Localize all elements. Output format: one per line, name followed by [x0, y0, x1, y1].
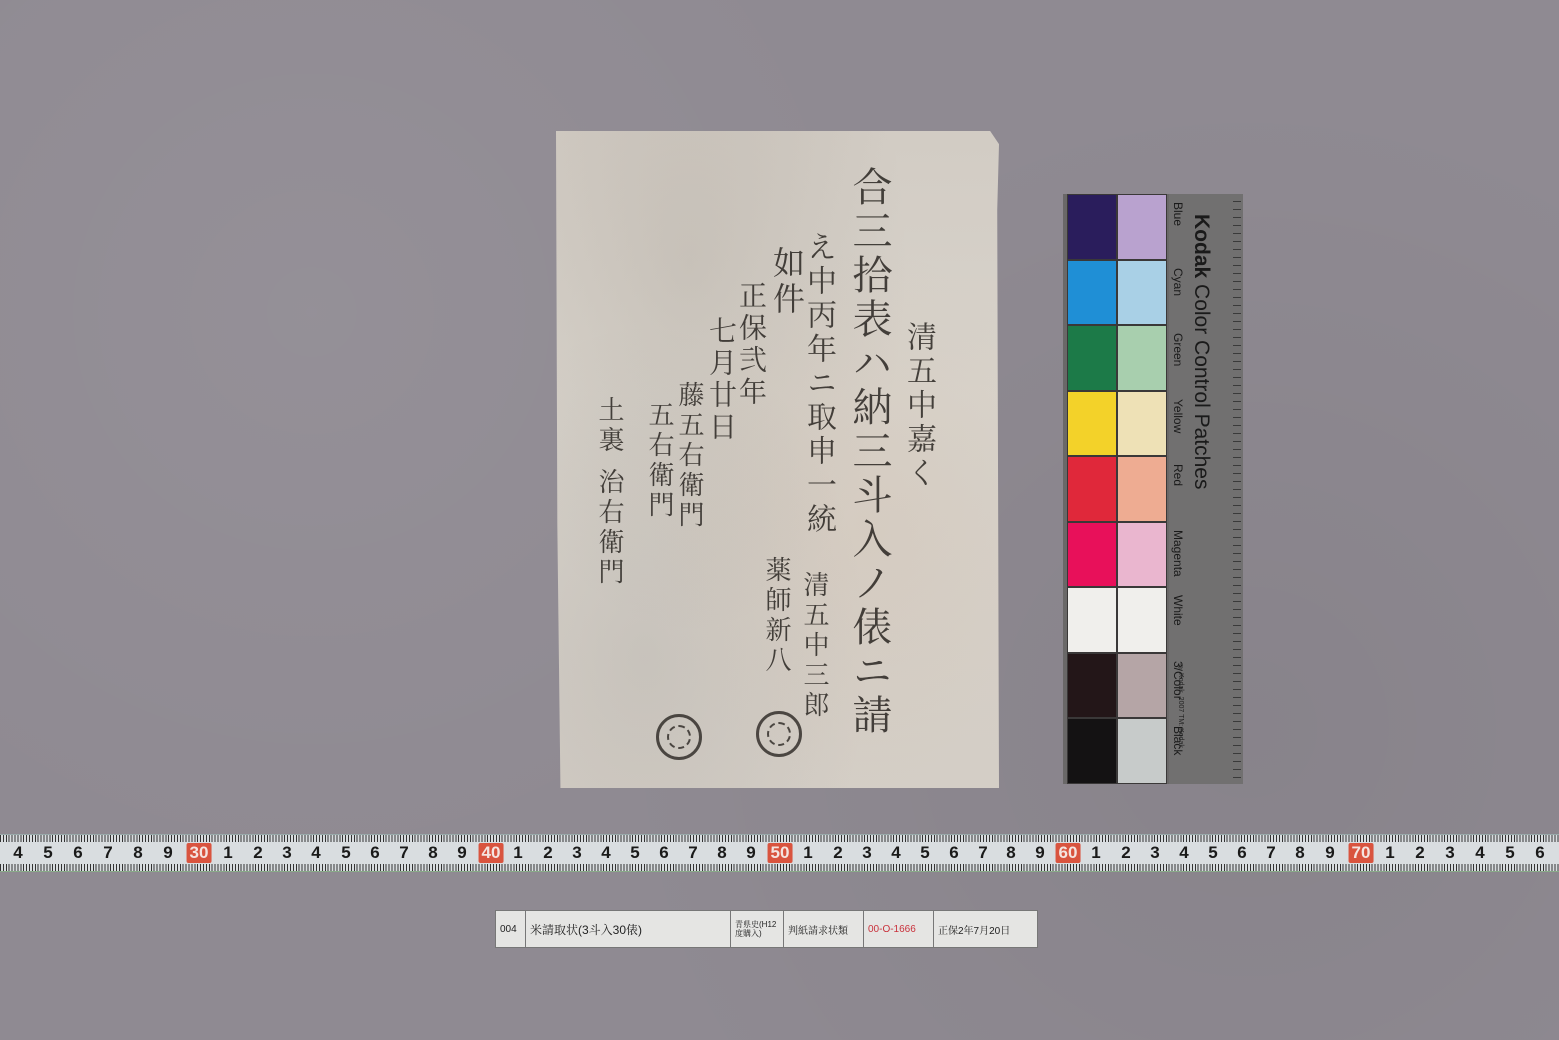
- catalog-date: 正保2年7月20日: [934, 911, 1037, 947]
- tape-tick-label: 8: [1295, 843, 1304, 863]
- patch-row-3-color: [1067, 653, 1167, 719]
- tape-tick-label: 6: [1535, 843, 1544, 863]
- color-patch-light: [1117, 325, 1167, 391]
- tape-tick-label: 5: [43, 843, 52, 863]
- color-patch-light: [1117, 456, 1167, 522]
- color-patch-dark: [1067, 522, 1117, 588]
- tape-tick-label: 4: [601, 843, 610, 863]
- tape-tick-label: 1: [1091, 843, 1100, 863]
- handwritten-column: 清五中三郎: [796, 571, 833, 721]
- color-patch-dark: [1067, 194, 1117, 260]
- kodak-color-card: BlueCyanGreenYellowRedMagentaWhite3/Colo…: [1063, 194, 1243, 784]
- handwritten-column: 薬師新八: [758, 556, 795, 676]
- tape-tick-label: 8: [428, 843, 437, 863]
- tape-tick-label: 9: [163, 843, 172, 863]
- patch-label: Green: [1171, 333, 1185, 366]
- color-patch-light: [1117, 391, 1167, 457]
- tape-tick-label: 6: [659, 843, 668, 863]
- tape-tick-label: 40: [479, 843, 504, 863]
- patch-label: Yellow: [1171, 399, 1185, 433]
- tape-tick-label: 8: [1006, 843, 1015, 863]
- tape-tick-label: 60: [1056, 843, 1081, 863]
- tape-tick-label: 4: [1475, 843, 1484, 863]
- color-patch-dark: [1067, 456, 1117, 522]
- tape-tick-label: 7: [978, 843, 987, 863]
- handwritten-column: 五右衛門: [641, 401, 678, 521]
- patch-row-green: [1067, 325, 1167, 391]
- color-patch-light: [1117, 194, 1167, 260]
- tape-tick-label: 2: [833, 843, 842, 863]
- catalog-label: 004 米請取状(3斗入30俵) 青県史(H12度購入) 判紙請求状類 00-O…: [495, 910, 1038, 948]
- tape-tick-label: 6: [949, 843, 958, 863]
- patch-label: Cyan: [1171, 268, 1185, 296]
- card-scale: BlueCyanGreenYellowRedMagentaWhite3/Colo…: [1169, 194, 1243, 784]
- tape-tick-label: 5: [920, 843, 929, 863]
- color-patch-dark: [1067, 325, 1117, 391]
- kodak-copyright: © Kodak, 2007 TM: Kodak: [1177, 664, 1184, 748]
- catalog-number: 004: [496, 911, 526, 947]
- color-patch-light: [1117, 260, 1167, 326]
- patch-row-yellow: [1067, 391, 1167, 457]
- catalog-source: 青県史(H12度購入): [731, 911, 784, 947]
- tape-tick-label: 2: [253, 843, 262, 863]
- color-patches: [1067, 194, 1167, 784]
- tape-tick-label: 3: [862, 843, 871, 863]
- tape-measure: 4567893012345678940123456789501234567896…: [0, 834, 1559, 872]
- tape-tick-label: 7: [1266, 843, 1275, 863]
- tape-tick-label: 6: [73, 843, 82, 863]
- tape-tick-label: 7: [399, 843, 408, 863]
- tape-tick-label: 9: [1325, 843, 1334, 863]
- kodak-subtitle: Color Control Patches: [1190, 284, 1213, 489]
- color-patch-dark: [1067, 391, 1117, 457]
- tape-tick-label: 3: [1150, 843, 1159, 863]
- tape-tick-label: 30: [187, 843, 212, 863]
- tape-tick-label: 6: [370, 843, 379, 863]
- color-patch-dark: [1067, 587, 1117, 653]
- handwritten-column: 合三拾表ハ納三斗入ノ俵ニ請: [841, 166, 898, 738]
- tape-tick-label: 4: [311, 843, 320, 863]
- patch-label: Red: [1171, 464, 1185, 486]
- tape-tick-label: 1: [803, 843, 812, 863]
- tape-tick-label: 1: [223, 843, 232, 863]
- tape-tick-label: 1: [513, 843, 522, 863]
- color-patch-light: [1117, 587, 1167, 653]
- tape-tick-label: 3: [1445, 843, 1454, 863]
- tape-tick-label: 7: [688, 843, 697, 863]
- tape-tick-label: 5: [1505, 843, 1514, 863]
- cm-scale: [1219, 194, 1241, 784]
- patch-row-blue: [1067, 194, 1167, 260]
- color-patch-dark: [1067, 653, 1117, 719]
- patch-row-black: [1067, 718, 1167, 784]
- seal-stamp: [656, 714, 702, 760]
- color-patch-dark: [1067, 260, 1117, 326]
- tape-tick-label: 8: [133, 843, 142, 863]
- tape-tick-label: 2: [1121, 843, 1130, 863]
- kodak-title: Kodak Color Control Patches: [1189, 214, 1213, 489]
- tape-tick-label: 9: [457, 843, 466, 863]
- catalog-category: 判紙請求状類: [784, 911, 864, 947]
- patch-label: Blue: [1171, 202, 1185, 226]
- patch-row-red: [1067, 456, 1167, 522]
- tape-tick-label: 50: [768, 843, 793, 863]
- seal-stamp: [756, 711, 802, 757]
- kodak-brand: Kodak: [1190, 214, 1213, 278]
- tape-tick-label: 9: [746, 843, 755, 863]
- tape-tick-label: 6: [1237, 843, 1246, 863]
- color-patch-light: [1117, 718, 1167, 784]
- tape-tick-label: 4: [891, 843, 900, 863]
- tape-tick-label: 5: [341, 843, 350, 863]
- tape-tick-label: 9: [1035, 843, 1044, 863]
- tape-tick-label: 3: [282, 843, 291, 863]
- color-patch-light: [1117, 522, 1167, 588]
- tape-tick-label: 8: [717, 843, 726, 863]
- tape-tick-label: 2: [543, 843, 552, 863]
- catalog-id: 00-O-1666: [864, 911, 934, 947]
- tape-tick-label: 1: [1385, 843, 1394, 863]
- tape-tick-label: 5: [630, 843, 639, 863]
- patch-label: Magenta: [1171, 530, 1185, 577]
- handwritten-column: 土裏 治右衛門: [591, 396, 628, 588]
- patch-label: White: [1171, 595, 1185, 626]
- tape-tick-label: 7: [103, 843, 112, 863]
- tape-tick-label: 3: [572, 843, 581, 863]
- handwritten-column: 清五中嘉く: [896, 321, 940, 491]
- patch-row-white: [1067, 587, 1167, 653]
- historical-document: 清五中嘉く合三拾表ハ納三斗入ノ俵ニ請え中丙年ニ取申一統如件正保弐年七月廿日藤五右…: [556, 131, 999, 788]
- color-patch-light: [1117, 653, 1167, 719]
- tape-tick-label: 5: [1208, 843, 1217, 863]
- catalog-title: 米請取状(3斗入30俵): [526, 911, 731, 947]
- tape-tick-label: 70: [1349, 843, 1374, 863]
- patch-row-cyan: [1067, 260, 1167, 326]
- color-patch-dark: [1067, 718, 1117, 784]
- tape-tick-label: 4: [13, 843, 22, 863]
- tape-tick-label: 4: [1179, 843, 1188, 863]
- tape-tick-label: 2: [1415, 843, 1424, 863]
- patch-row-magenta: [1067, 522, 1167, 588]
